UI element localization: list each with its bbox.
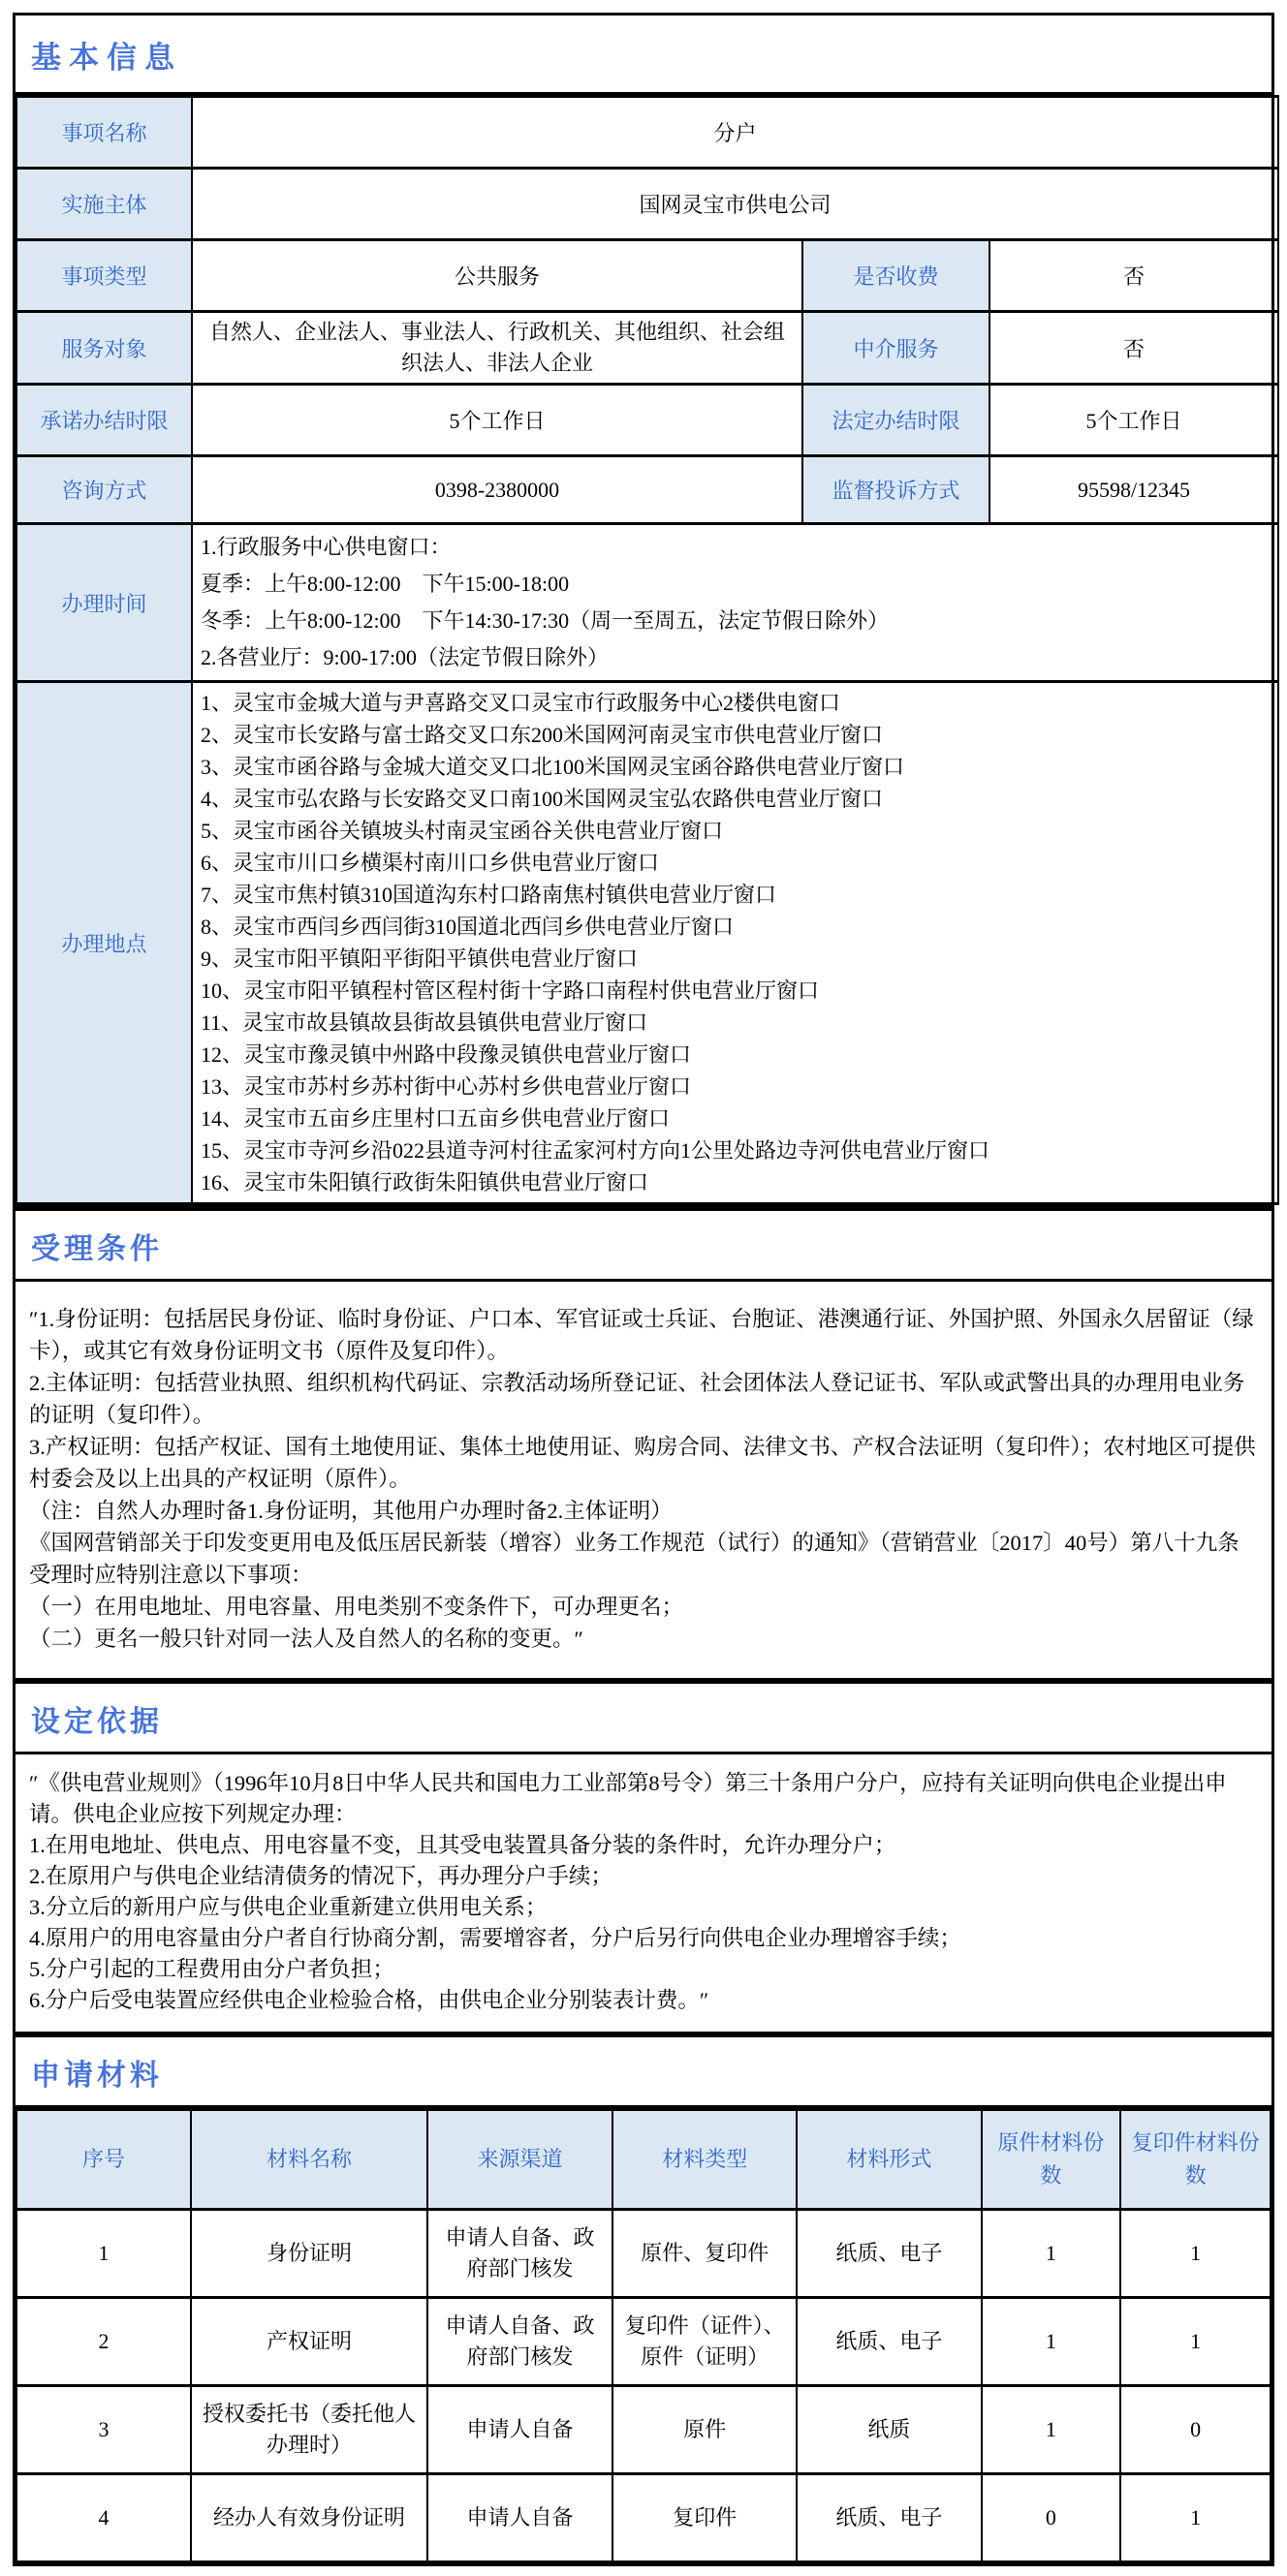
table-row: 办理地点 1、灵宝市金城大道与尹喜路交叉口灵宝市行政服务中心2楼供电窗口 2、灵…: [16, 682, 1278, 1204]
service-info-document: 基本信息 事项名称 分户 实施主体 国网灵宝市供电公司 事项类型 公共服务 是否…: [13, 13, 1274, 2566]
consult-method-label: 咨询方式: [16, 456, 192, 524]
col-header-seq: 序号: [16, 2110, 191, 2210]
cell-original-copies: 0: [982, 2474, 1121, 2562]
cell-source-channel: 申请人自备: [427, 2474, 612, 2562]
table-row: 咨询方式 0398-2380000 监督投诉方式 95598/12345: [16, 456, 1278, 524]
cell-material-form: 纸质、电子: [797, 2210, 981, 2298]
section-acceptance-conditions: 受理条件 ″1.身份证明：包括居民身份证、临时身份证、户口本、军官证或士兵证、台…: [13, 1208, 1274, 1681]
table-row: 1 身份证明 申请人自备、政府部门核发 原件、复印件 纸质、电子 1 1: [16, 2210, 1271, 2298]
table-row: 4 经办人有效身份证明 申请人自备 复印件 纸质、电子 0 1: [16, 2474, 1271, 2562]
cell-original-copies: 1: [982, 2386, 1121, 2474]
setting-basis-text: ″《供电营业规则》（1996年10月8日中华人民共和国电力工业部第8号令）第三十…: [16, 1754, 1271, 2032]
cell-material-form: 纸质、电子: [797, 2474, 981, 2562]
cell-material-name: 经办人有效身份证明: [191, 2474, 427, 2562]
application-materials-table: 序号 材料名称 来源渠道 材料类型 材料形式 原件材料份数 复印件材料份数 1 …: [16, 2108, 1271, 2563]
cell-material-type: 复印件（证件）、原件（证明）: [612, 2298, 797, 2386]
handle-time-label: 办理时间: [16, 524, 192, 682]
table-row: 办理时间 1.行政服务中心供电窗口： 夏季：上午8:00-12:00 下午15:…: [16, 524, 1278, 682]
handle-time-value: 1.行政服务中心供电窗口： 夏季：上午8:00-12:00 下午15:00-18…: [192, 524, 1278, 682]
charge-label: 是否收费: [802, 240, 989, 312]
item-type-value: 公共服务: [192, 240, 802, 312]
section-basic-info: 基本信息 事项名称 分户 实施主体 国网灵宝市供电公司 事项类型 公共服务 是否…: [13, 13, 1274, 1208]
cell-source-channel: 申请人自备: [427, 2386, 612, 2474]
promised-time-limit-label: 承诺办结时限: [16, 385, 192, 456]
basic-info-table: 事项名称 分户 实施主体 国网灵宝市供电公司 事项类型 公共服务 是否收费 否 …: [16, 95, 1279, 1205]
setting-basis-title: 设定依据: [16, 1684, 1271, 1754]
table-row: 实施主体 国网灵宝市供电公司: [16, 169, 1278, 240]
service-target-label: 服务对象: [16, 312, 192, 385]
promised-time-limit-value: 5个工作日: [192, 385, 802, 456]
item-type-label: 事项类型: [16, 240, 192, 312]
agency-service-label: 中介服务: [802, 312, 989, 385]
item-name-label: 事项名称: [16, 97, 192, 169]
cell-source-channel: 申请人自备、政府部门核发: [427, 2298, 612, 2386]
col-header-material-name: 材料名称: [191, 2110, 427, 2210]
charge-value: 否: [989, 240, 1278, 312]
materials-header-row: 序号 材料名称 来源渠道 材料类型 材料形式 原件材料份数 复印件材料份数: [16, 2110, 1271, 2210]
cell-material-type: 原件: [612, 2386, 797, 2474]
cell-material-name: 身份证明: [191, 2210, 427, 2298]
table-row: 承诺办结时限 5个工作日 法定办结时限 5个工作日: [16, 385, 1278, 456]
cell-seq: 3: [16, 2386, 191, 2474]
handle-place-value: 1、灵宝市金城大道与尹喜路交叉口灵宝市行政服务中心2楼供电窗口 2、灵宝市长安路…: [192, 682, 1278, 1204]
section-application-materials: 申请材料 序号 材料名称 来源渠道 材料类型 材料形式 原件材料份数 复印件材料…: [13, 2034, 1274, 2566]
cell-seq: 1: [16, 2210, 191, 2298]
col-header-source-channel: 来源渠道: [427, 2110, 612, 2210]
cell-material-type: 原件、复印件: [612, 2210, 797, 2298]
table-row: 事项名称 分户: [16, 97, 1278, 169]
consult-method-value: 0398-2380000: [192, 456, 802, 524]
service-target-value: 自然人、企业法人、事业法人、行政机关、其他组织、社会组织法人、非法人企业: [192, 312, 802, 385]
cell-original-copies: 1: [982, 2210, 1121, 2298]
handle-place-label: 办理地点: [16, 682, 192, 1204]
cell-original-copies: 1: [982, 2298, 1121, 2386]
table-row: 3 授权委托书（委托他人办理时） 申请人自备 原件 纸质 1 0: [16, 2386, 1271, 2474]
cell-material-form: 纸质: [797, 2386, 981, 2474]
supervise-complaint-value: 95598/12345: [989, 456, 1278, 524]
col-header-material-type: 材料类型: [612, 2110, 797, 2210]
cell-material-form: 纸质、电子: [797, 2298, 981, 2386]
cell-photocopy-copies: 1: [1120, 2210, 1271, 2298]
acceptance-conditions-title: 受理条件: [16, 1211, 1271, 1282]
agency-service-value: 否: [989, 312, 1278, 385]
section-setting-basis: 设定依据 ″《供电营业规则》（1996年10月8日中华人民共和国电力工业部第8号…: [13, 1681, 1274, 2034]
implement-body-value: 国网灵宝市供电公司: [192, 169, 1278, 240]
cell-material-name: 授权委托书（委托他人办理时）: [191, 2386, 427, 2474]
item-name-value: 分户: [192, 97, 1278, 169]
acceptance-conditions-text: ″1.身份证明：包括居民身份证、临时身份证、户口本、军官证或士兵证、台胞证、港澳…: [16, 1282, 1271, 1678]
cell-seq: 2: [16, 2298, 191, 2386]
cell-seq: 4: [16, 2474, 191, 2562]
cell-source-channel: 申请人自备、政府部门核发: [427, 2210, 612, 2298]
legal-time-limit-value: 5个工作日: [989, 385, 1278, 456]
cell-photocopy-copies: 1: [1120, 2298, 1271, 2386]
cell-material-name: 产权证明: [191, 2298, 427, 2386]
cell-photocopy-copies: 0: [1120, 2386, 1271, 2474]
col-header-photocopy-copies: 复印件材料份数: [1120, 2110, 1271, 2210]
implement-body-label: 实施主体: [16, 169, 192, 240]
legal-time-limit-label: 法定办结时限: [802, 385, 989, 456]
col-header-original-copies: 原件材料份数: [982, 2110, 1121, 2210]
cell-material-type: 复印件: [612, 2474, 797, 2562]
table-row: 事项类型 公共服务 是否收费 否: [16, 240, 1278, 312]
supervise-complaint-label: 监督投诉方式: [802, 456, 989, 524]
table-row: 2 产权证明 申请人自备、政府部门核发 复印件（证件）、原件（证明） 纸质、电子…: [16, 2298, 1271, 2386]
cell-photocopy-copies: 1: [1120, 2474, 1271, 2562]
table-row: 服务对象 自然人、企业法人、事业法人、行政机关、其他组织、社会组织法人、非法人企…: [16, 312, 1278, 385]
col-header-material-form: 材料形式: [797, 2110, 981, 2210]
application-materials-title: 申请材料: [16, 2037, 1271, 2108]
basic-info-title: 基本信息: [16, 16, 1271, 95]
